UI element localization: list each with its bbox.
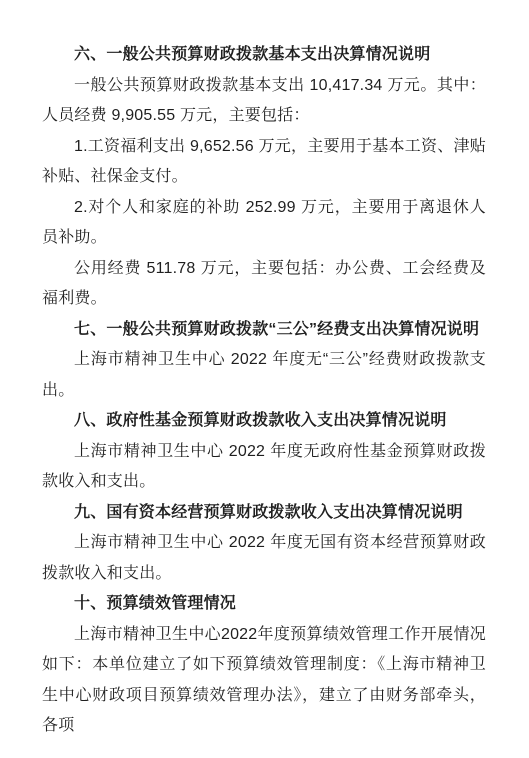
paragraph-sangong-expense: 上海市精神卫生中心 2022 年度无“三公”经费财政拨款支出。 <box>42 345 486 406</box>
document-page: 六、一般公共预算财政拨款基本支出决算情况说明 一般公共预算财政拨款基本支出 10… <box>0 0 529 758</box>
paragraph-wage-welfare: 1.工资福利支出 9,652.56 万元，主要用于基本工资、津贴补贴、社保金支付… <box>42 132 486 193</box>
paragraph-basic-expenditure: 一般公共预算财政拨款基本支出 10,417.34 万元。其中：人员经费 9,90… <box>42 71 486 132</box>
paragraph-performance-management: 上海市精神卫生中心2022年度预算绩效管理工作开展情况如下：本单位建立了如下预算… <box>42 620 486 742</box>
paragraph-government-fund: 上海市精神卫生中心 2022 年度无政府性基金预算财政拨款收入和支出。 <box>42 437 486 498</box>
section-heading-7: 七、一般公共预算财政拨款“三公”经费支出决算情况说明 <box>42 315 486 346</box>
paragraph-public-funds: 公用经费 511.78 万元，主要包括：办公费、工会经费及福利费。 <box>42 254 486 315</box>
paragraph-individual-family-subsidy: 2.对个人和家庭的补助 252.99 万元，主要用于离退休人员补助。 <box>42 193 486 254</box>
section-heading-6: 六、一般公共预算财政拨款基本支出决算情况说明 <box>42 40 486 71</box>
paragraph-state-capital: 上海市精神卫生中心 2022 年度无国有资本经营预算财政拨款收入和支出。 <box>42 528 486 589</box>
section-heading-10: 十、预算绩效管理情况 <box>42 589 486 620</box>
section-heading-9: 九、国有资本经营预算财政拨款收入支出决算情况说明 <box>42 498 486 529</box>
section-heading-8: 八、政府性基金预算财政拨款收入支出决算情况说明 <box>42 406 486 437</box>
